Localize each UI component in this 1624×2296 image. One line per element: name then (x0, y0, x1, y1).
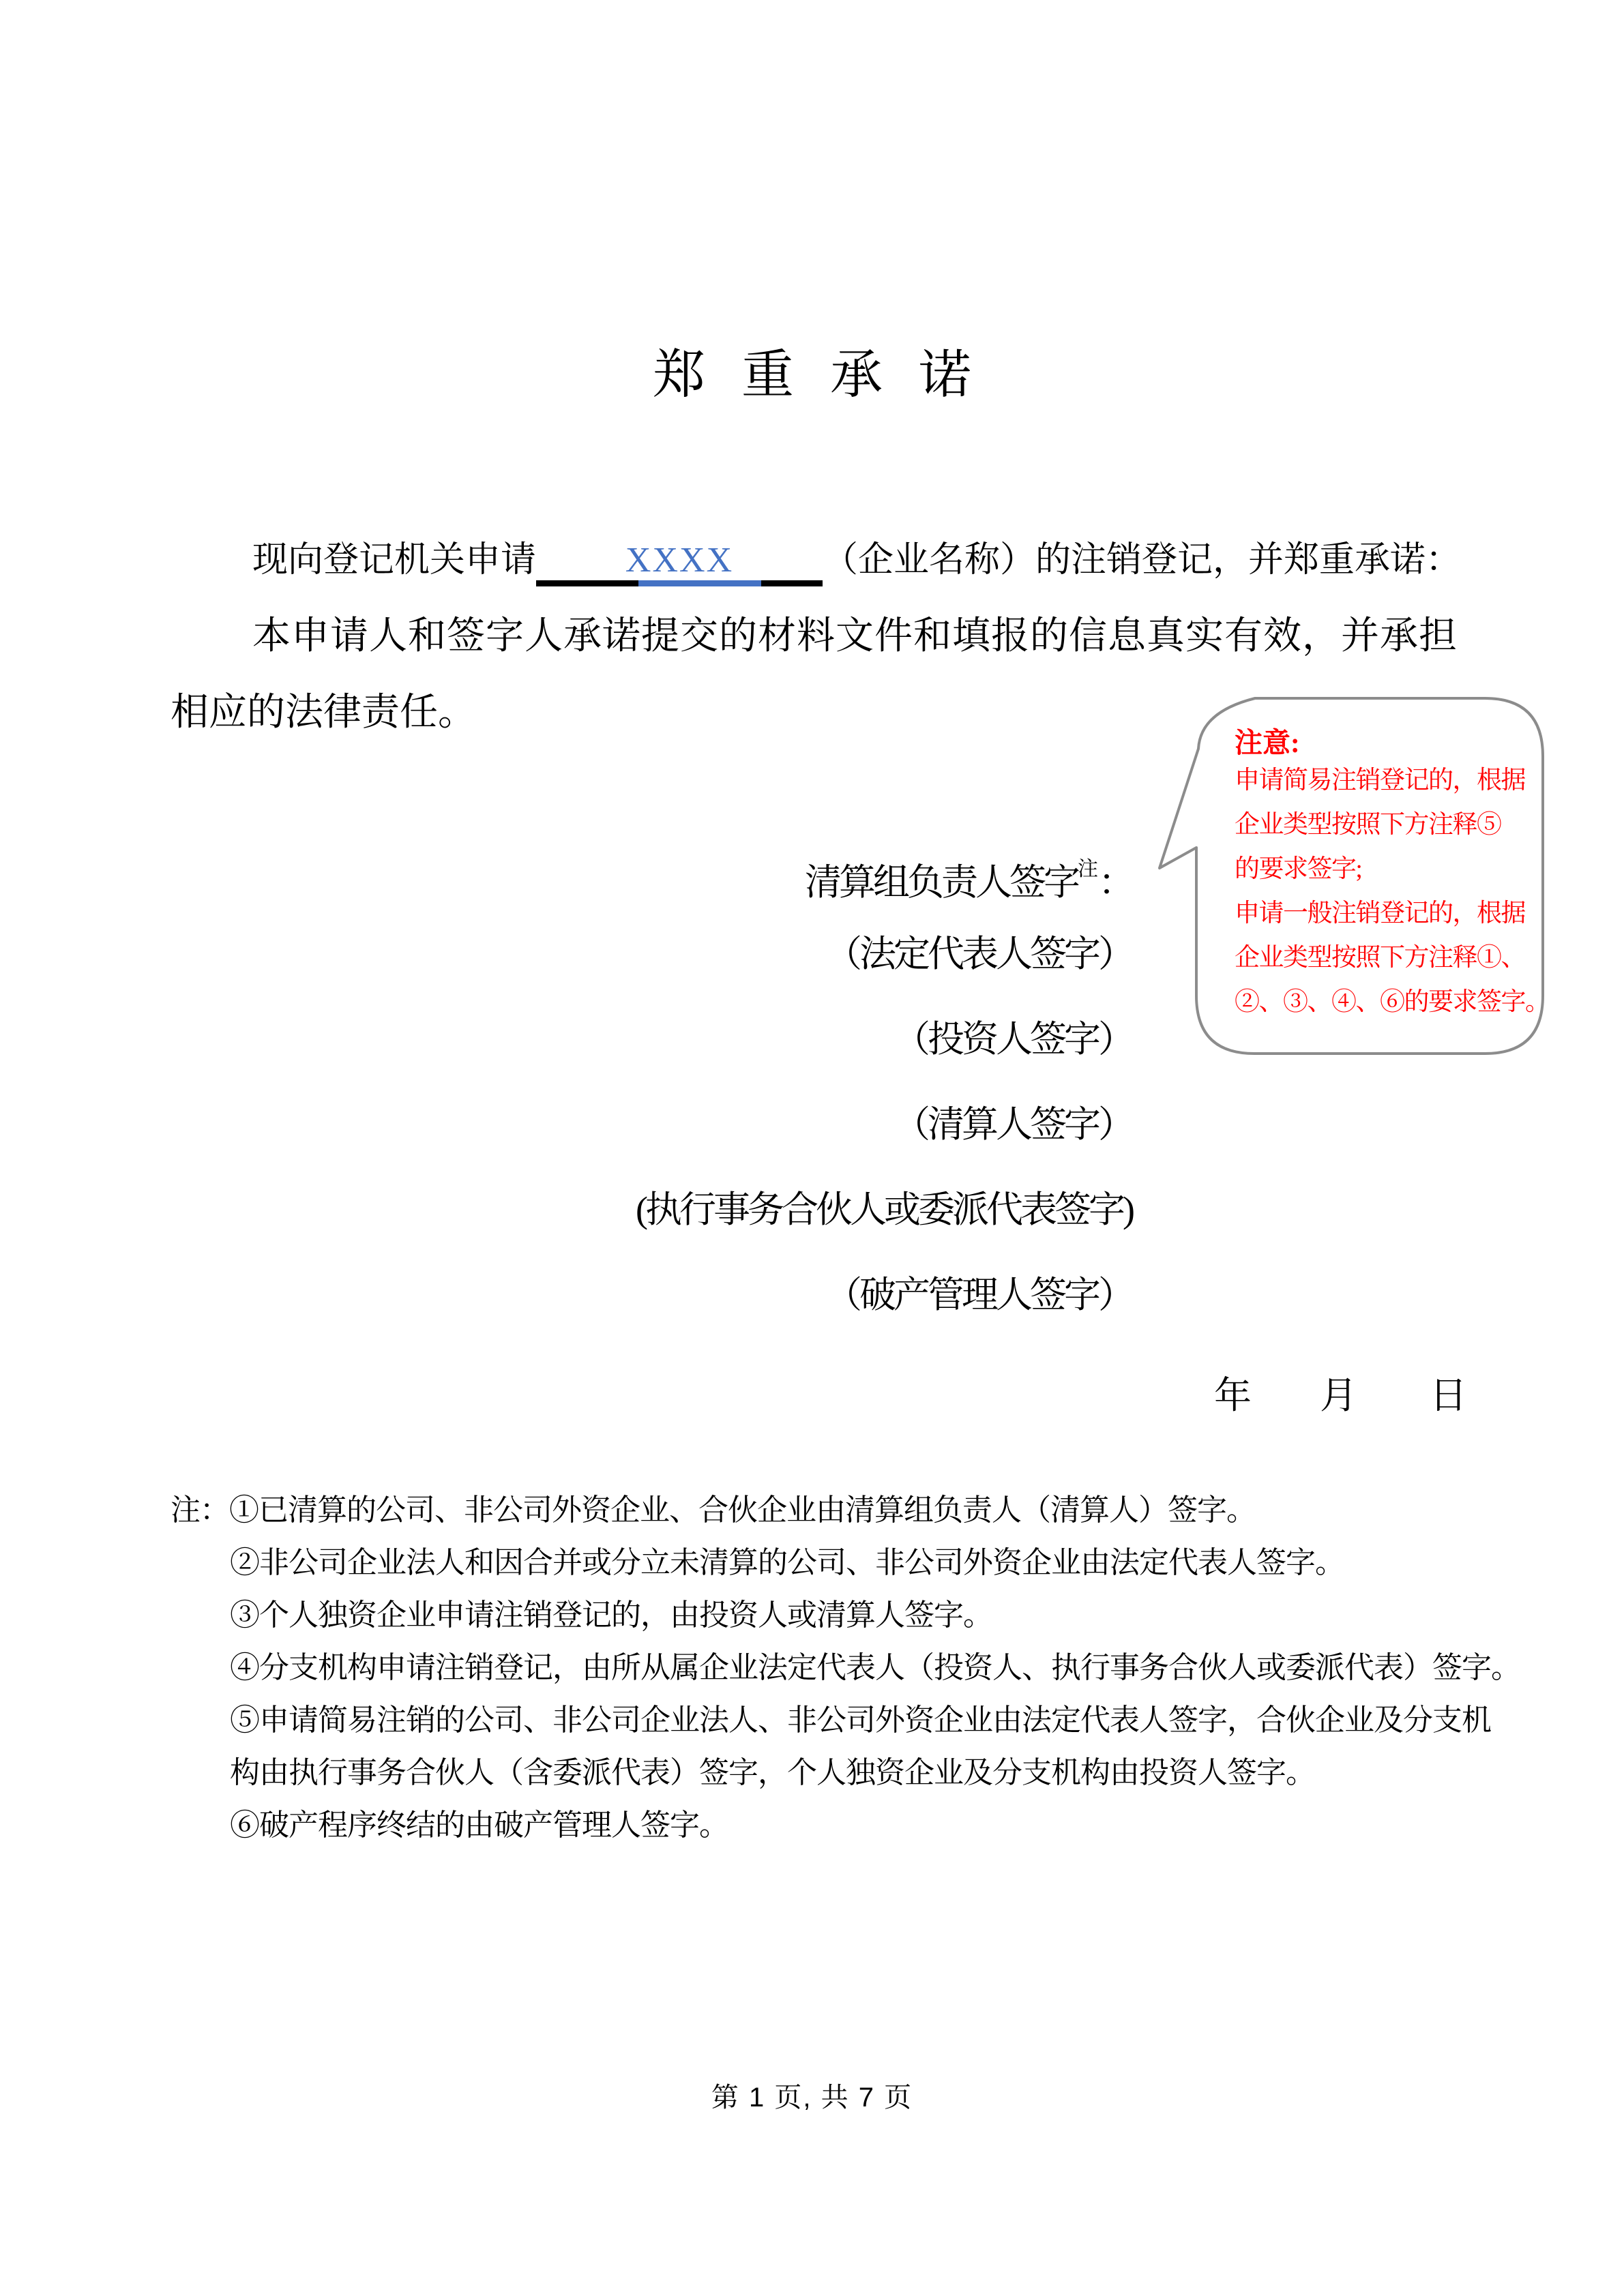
signature-line-liquidator: （清算人签字） (636, 1082, 1132, 1167)
callout-line: ②、③、④、⑥的要求签字。 (1235, 985, 1550, 1019)
signature-line-bankruptcy-admin: （破产管理人签字） (636, 1253, 1132, 1338)
attention-callout: 注意: 申请简易注销登记的，根据 企业类型按照下方注释⑤ 的要求签字; 申请一般… (1146, 687, 1555, 1069)
intro-line-3: 相应的法律责任。 (171, 687, 476, 739)
notes-line-7: ⑥破产程序终结的由破产管理人签字。 (230, 1805, 728, 1846)
signature-line-text: 清算组负责人签字 (805, 862, 1078, 903)
intro-suffix: （企业名称）的注销登记，并郑重承诺： (823, 533, 1461, 588)
intro-line-2: 本申请人和签字人承诺提交的材料文件和填报的信息真实有效，并承担 (252, 611, 1458, 662)
callout-line: 企业类型按照下方注释⑤ (1235, 808, 1501, 842)
notes-line-3: ③个人独资企业申请注销登记的，由投资人或清算人签字。 (230, 1595, 992, 1636)
signature-line-legal-rep: （法定代表人签字） (636, 912, 1132, 997)
callout-line: 申请一般注销登记的，根据 (1235, 897, 1525, 931)
callout-line: 的要求签字; (1235, 852, 1361, 886)
company-name-blank-field[interactable]: XXXX (536, 533, 823, 588)
blank-underline-right (761, 580, 823, 586)
notes-text: ①已清算的公司、非公司外资企业、合伙企业由清算组负责人（清算人）签字。 (229, 1493, 1256, 1527)
signature-block: 清算组负责人签字注： （法定代表人签字） （投资人签字） （清算人签字） (执行… (636, 826, 1132, 1338)
signature-line-executive-partner: (执行事务合伙人或委派代表签字) (636, 1167, 1132, 1253)
notes-line-5: ⑤申请简易注销的公司、非公司企业法人、非公司外资企业由法定代表人签字，合伙企业及… (230, 1700, 1491, 1741)
document-page: 郑重承诺 现向登记机关申请 XXXX （企业名称）的注销登记，并郑重承诺： 本申… (0, 0, 1624, 2296)
page-title: 郑重承诺 (0, 333, 1624, 408)
notes-line-1: 注：①已清算的公司、非公司外资企业、合伙企业由清算组负责人（清算人）签字。 (171, 1490, 1256, 1531)
page-number-footer: 第 1 页, 共 7 页 (0, 2076, 1624, 2115)
signature-line-colon: ： (1098, 862, 1132, 903)
intro-prefix: 现向登记机关申请 (252, 533, 536, 588)
date-month-label: 月 (1320, 1375, 1357, 1416)
callout-line: 企业类型按照下方注释①、 (1235, 941, 1525, 975)
company-name-value[interactable]: XXXX (625, 541, 733, 580)
date-year-label: 年 (1214, 1375, 1252, 1416)
callout-line: 申请简易注销登记的，根据 (1235, 764, 1525, 798)
notes-label: 注： (171, 1493, 229, 1527)
blank-underline-center (638, 580, 761, 586)
date-day-label: 日 (1430, 1375, 1467, 1416)
signature-line-liquidation-leader: 清算组负责人签字注： (636, 826, 1132, 912)
notes-line-4: ④分支机构申请注销登记，由所从属企业法定代表人（投资人、执行事务合伙人或委派代表… (230, 1648, 1520, 1688)
notes-line-6: 构由执行事务合伙人（含委派代表）签字，个人独资企业及分支机构由投资人签字。 (230, 1753, 1315, 1793)
intro-line-1: 现向登记机关申请 XXXX （企业名称）的注销登记，并郑重承诺： (252, 533, 1461, 588)
blank-underline-left (536, 580, 638, 586)
callout-title: 注意: (1235, 720, 1300, 760)
notes-line-2: ②非公司企业法人和因合并或分立未清算的公司、非公司外资企业由法定代表人签字。 (230, 1542, 1344, 1583)
footnote-marker: 注 (1078, 858, 1098, 880)
date-line: 年月日 (1214, 1372, 1467, 1420)
signature-line-investor: （投资人签字） (636, 997, 1132, 1082)
